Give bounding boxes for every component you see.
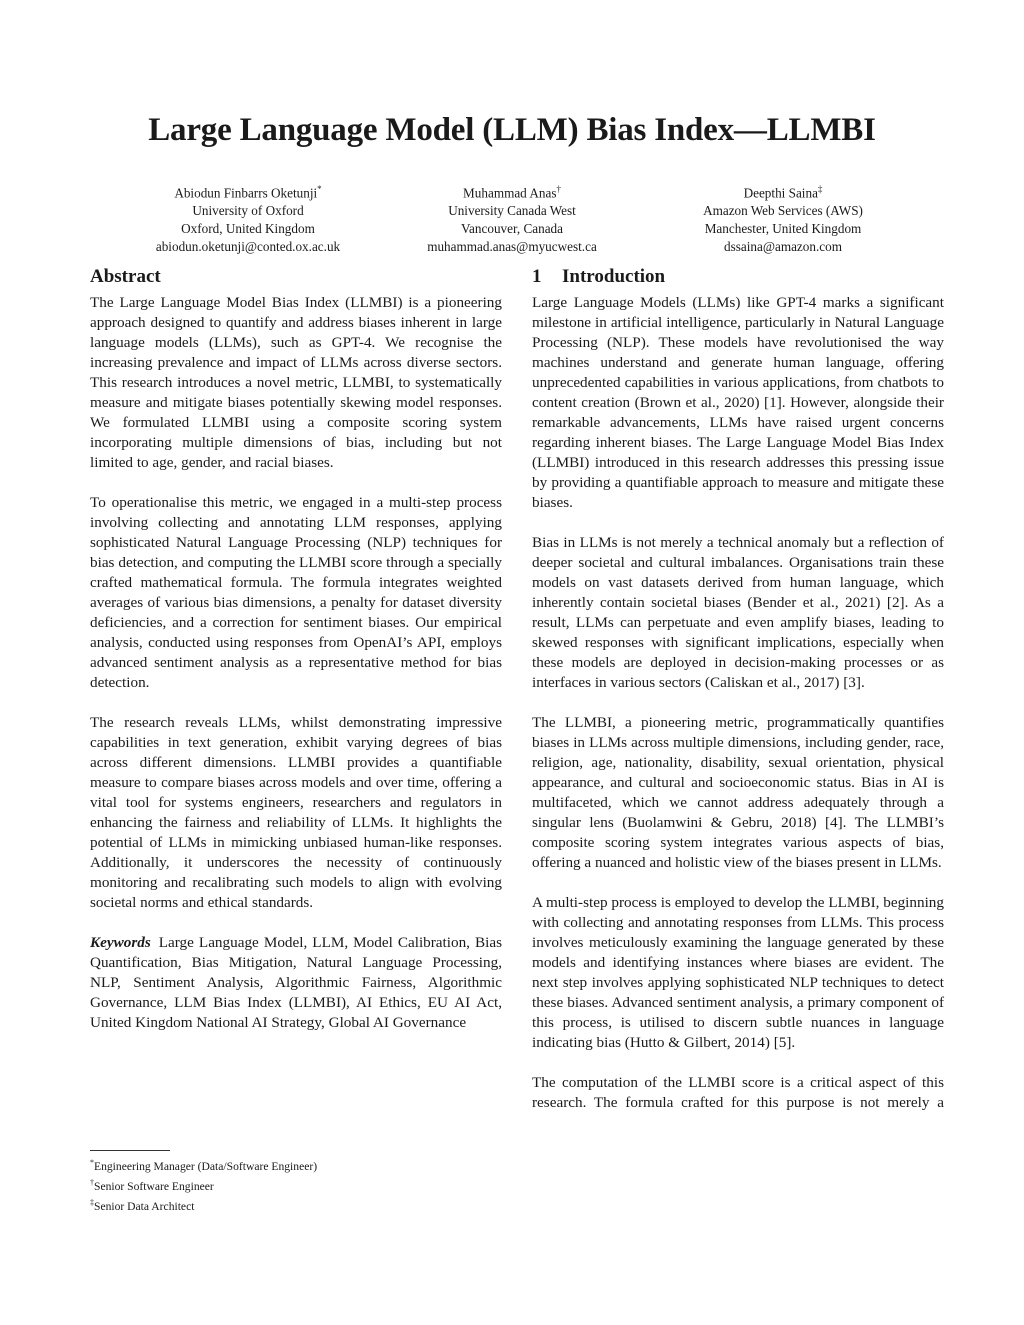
author-3: Deepthi Saina‡ Amazon Web Services (AWS)… xyxy=(623,180,943,256)
intro-paragraph-1: Large Language Models (LLMs) like GPT-4 … xyxy=(532,293,944,513)
abstract-paragraph-2: To operationalise this metric, we engage… xyxy=(90,493,502,693)
keywords-label: Keywords xyxy=(90,934,151,951)
section-number: 1 xyxy=(532,265,562,289)
abstract-paragraph-3: The research reveals LLMs, whilst demons… xyxy=(90,713,502,913)
footnotes: *Engineering Manager (Data/Software Engi… xyxy=(90,1155,490,1215)
footnote-1: *Engineering Manager (Data/Software Engi… xyxy=(90,1155,490,1175)
keywords-text: Large Language Model, LLM, Model Calibra… xyxy=(90,934,502,1031)
footnote-2: †Senior Software Engineer xyxy=(90,1175,490,1195)
author-name: Abiodun Finbarrs Oketunji xyxy=(174,185,317,200)
intro-paragraph-3: The LLMBI, a pioneering metric, programm… xyxy=(532,713,944,873)
left-column: Abstract The Large Language Model Bias I… xyxy=(90,265,502,1053)
footnote-text: Senior Software Engineer xyxy=(94,1180,214,1193)
footnote-3: ‡Senior Data Architect xyxy=(90,1195,490,1215)
footnote-text: Engineering Manager (Data/Software Engin… xyxy=(94,1160,317,1173)
footnote-divider xyxy=(90,1150,170,1151)
author-affiliation: Amazon Web Services (AWS) xyxy=(623,202,943,220)
author-name: Muhammad Anas xyxy=(463,185,556,200)
paper-title: Large Language Model (LLM) Bias Index—LL… xyxy=(0,112,1024,149)
author-mark: † xyxy=(556,184,561,194)
author-mark: * xyxy=(317,184,322,194)
keywords: KeywordsLarge Language Model, LLM, Model… xyxy=(90,933,502,1033)
footnote-text: Senior Data Architect xyxy=(94,1200,194,1213)
intro-paragraph-2: Bias in LLMs is not merely a technical a… xyxy=(532,533,944,693)
intro-paragraph-4: A multi-step process is employed to deve… xyxy=(532,893,944,1053)
author-name: Deepthi Saina xyxy=(744,185,818,200)
abstract-heading: Abstract xyxy=(90,265,502,289)
author-email[interactable]: dssaina@amazon.com xyxy=(623,238,943,256)
introduction-heading: 1Introduction xyxy=(532,265,944,289)
author-location: Manchester, United Kingdom xyxy=(623,220,943,238)
author-mark: ‡ xyxy=(818,184,823,194)
right-column: 1Introduction Large Language Models (LLM… xyxy=(532,265,944,1133)
section-title: Introduction xyxy=(562,266,665,287)
abstract-paragraph-1: The Large Language Model Bias Index (LLM… xyxy=(90,293,502,473)
intro-paragraph-5: The computation of the LLMBI score is a … xyxy=(532,1073,944,1113)
